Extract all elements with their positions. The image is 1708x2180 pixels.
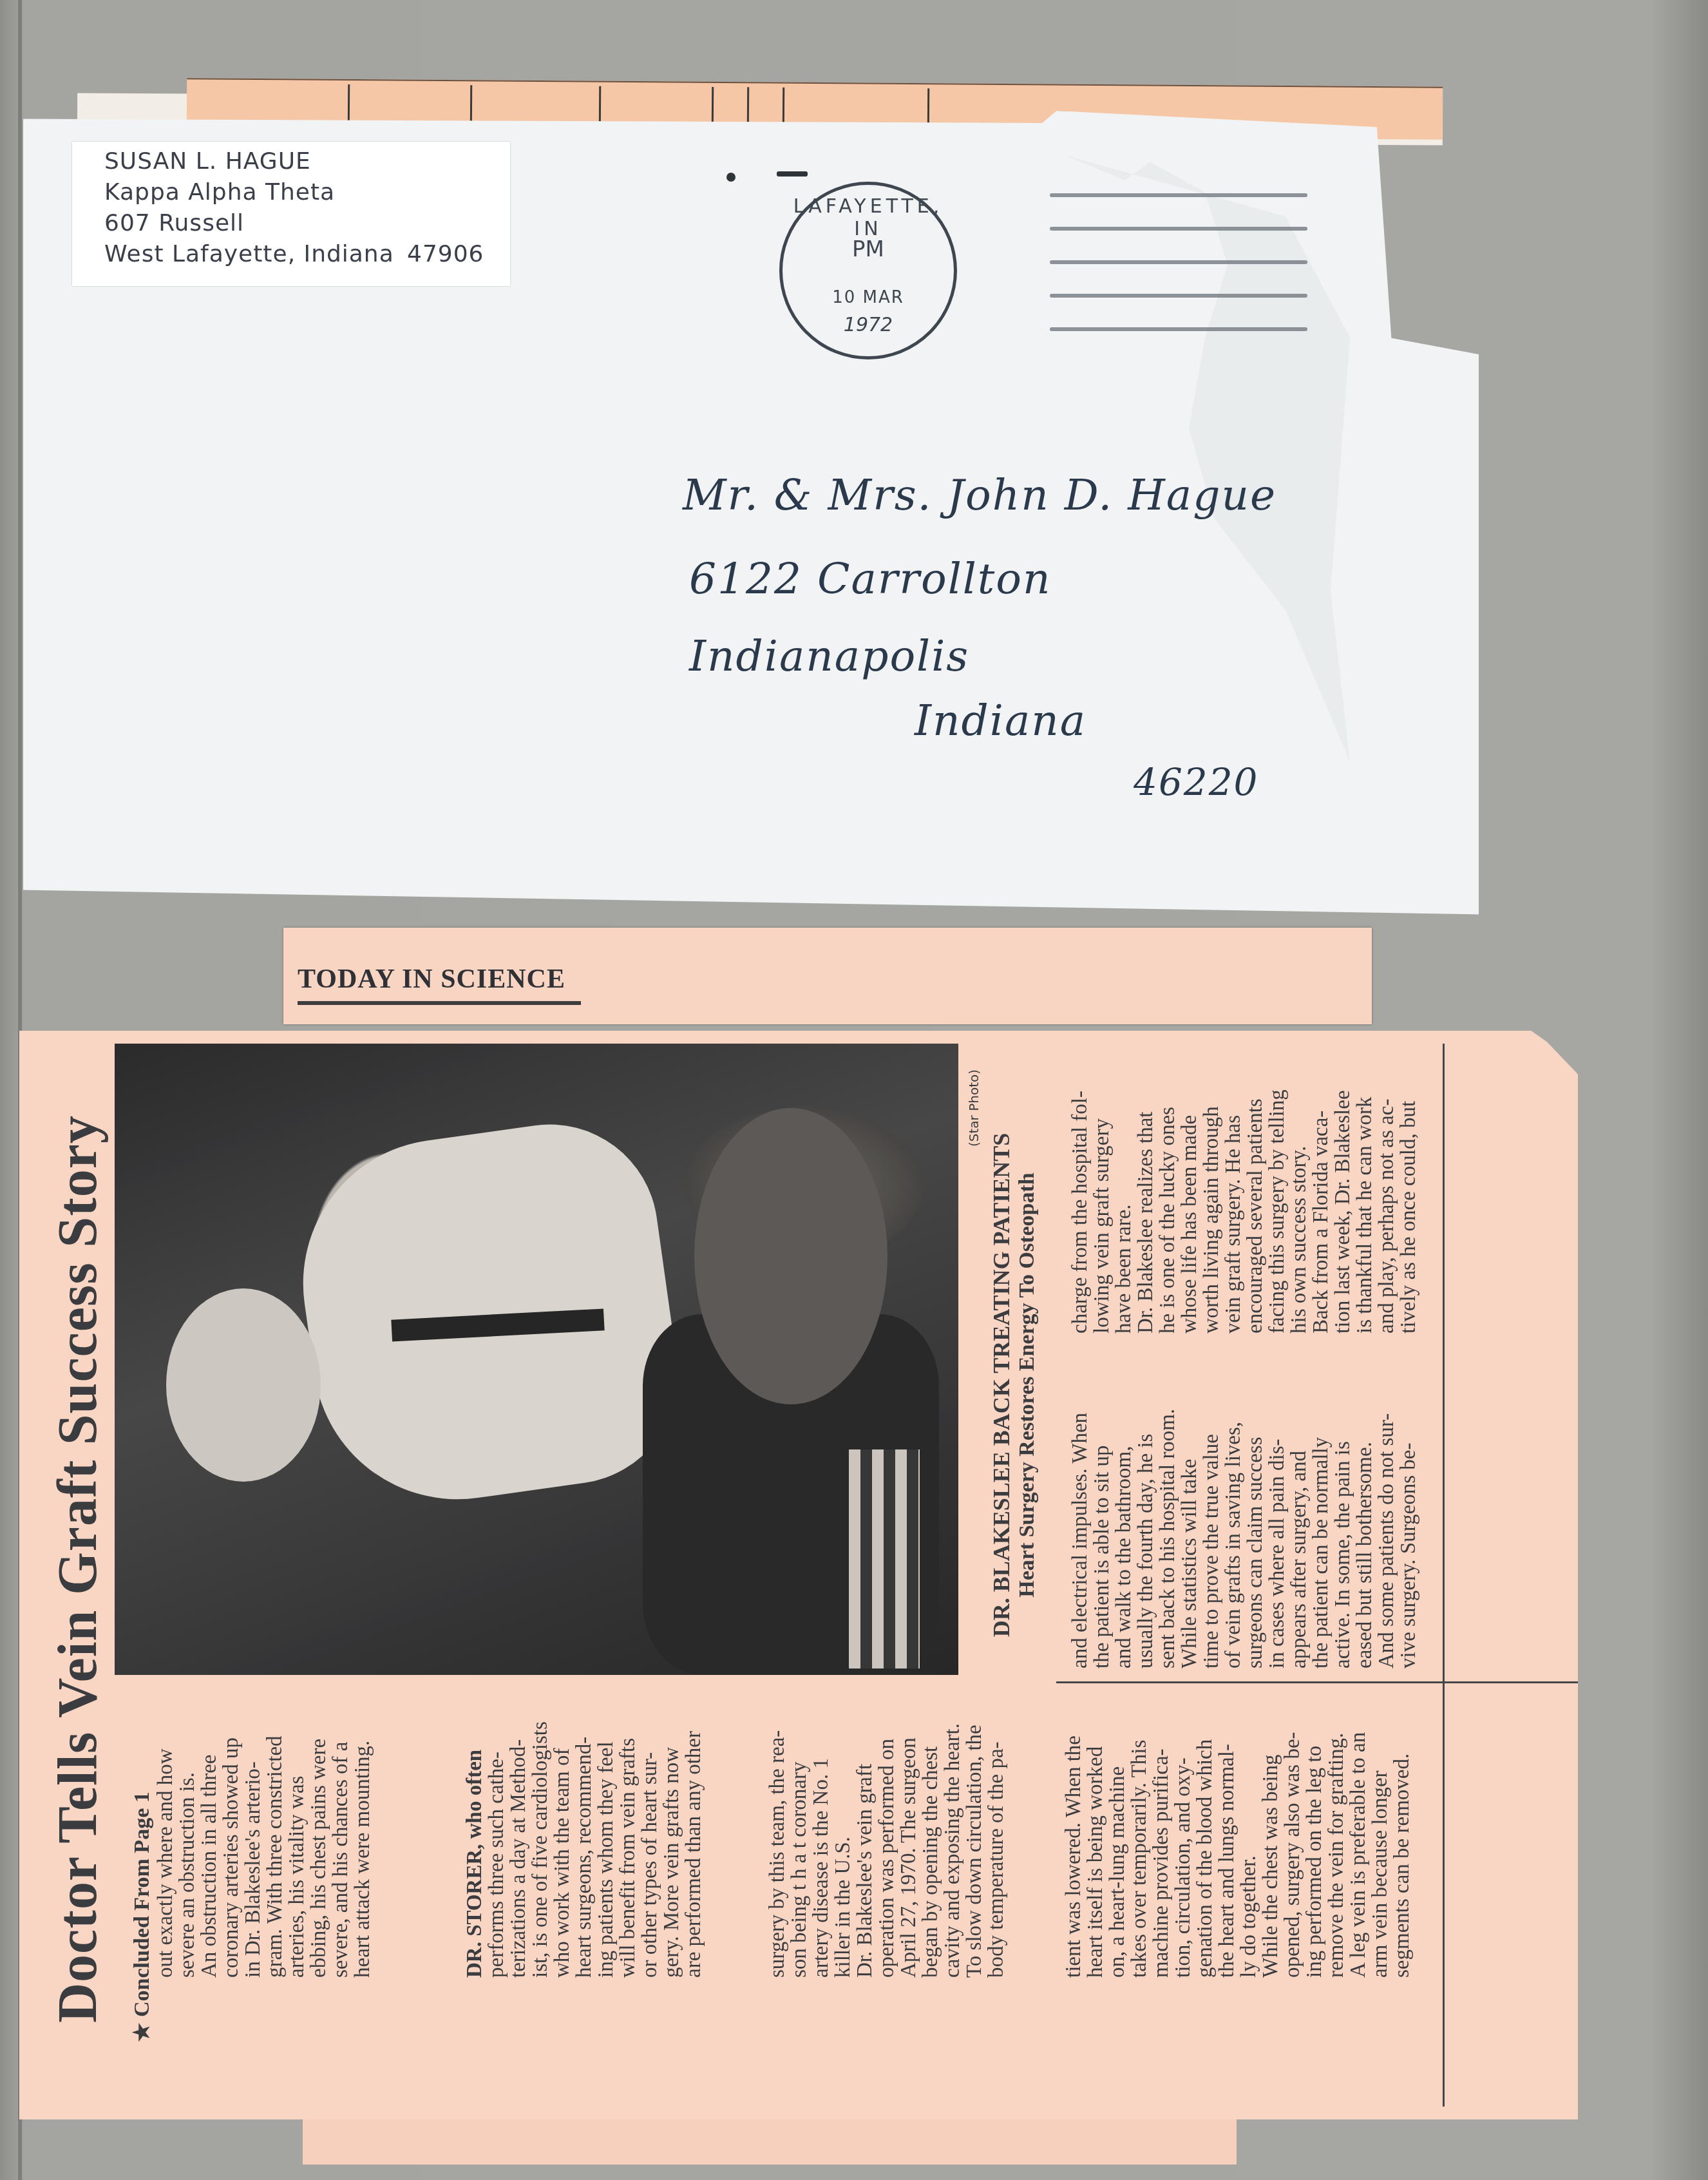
text-line: terizations a day at Method- — [508, 1681, 529, 1978]
article-photo — [115, 1044, 958, 1675]
text-line: surgery by this team, the rea- — [766, 1681, 788, 1978]
text-line: April 27, 1970. The surgeon — [898, 1681, 920, 1978]
sender-name: SUSAN L. HAGUE — [104, 148, 311, 175]
photo-face — [166, 1288, 321, 1482]
text-line: coronary arteries showed up — [220, 1681, 242, 1978]
postmark-stamp: LAFAYETTE, IN PM 10 MAR 1972 — [779, 182, 957, 359]
sender-zip: 47906 — [407, 241, 484, 267]
postmark-year: 1972 — [783, 314, 954, 336]
text-line: the patient is able to sit up — [1091, 1308, 1113, 1668]
text-line: usually the fourth day, he is — [1135, 1308, 1157, 1668]
postmark-city: LAFAYETTE, IN — [783, 195, 954, 240]
newspaper-article: Doctor Tells Vein Graft Success Story (S… — [19, 1031, 1578, 2119]
text-line: ly do together. — [1238, 1617, 1260, 1978]
star-icon: ★ — [130, 2017, 154, 2042]
text-line: ist, is one of five cardiologists — [529, 1681, 551, 1978]
text-line: out exactly where and how — [155, 1681, 176, 1978]
text-line: tient was lowered. When the — [1063, 1617, 1085, 1978]
recipient-state: Indiana — [915, 696, 1086, 745]
text-line: operation was performed on — [876, 1681, 898, 1978]
text-line: in cases where all pain dis- — [1266, 1308, 1288, 1668]
sender-city: West Lafayette, Indiana — [104, 241, 394, 267]
recipient-street: 6122 Carrollton — [689, 554, 1052, 604]
text-line: ebbing, his chest pains were — [308, 1681, 330, 1978]
text-line: remove the vein for grafting. — [1325, 1617, 1347, 1978]
text-line: active. In some, the pain is — [1332, 1308, 1354, 1668]
text-line: severe an obstruction is. — [176, 1681, 198, 1978]
section-title: TODAY IN SCIENCE — [298, 964, 565, 995]
text-line: son being t h a t coronary — [788, 1681, 810, 1978]
article-column-5: and electrical impulses. When the patien… — [1069, 1308, 1419, 1668]
article-column-1: out exactly where and how severe an obst… — [155, 1681, 374, 1978]
text-line: ing patients whom they feel — [595, 1681, 617, 1978]
text-line: are performed than any other — [683, 1681, 705, 1978]
text-line: began by opening the chest — [920, 1681, 942, 1978]
text-line: killer in the U.S. — [832, 1681, 854, 1978]
text-line: heart attack were mounting. — [352, 1681, 374, 1978]
text-line: who work with the team of — [551, 1681, 573, 1978]
text-line: time to prove the true value — [1200, 1308, 1222, 1668]
text-line: To slow down circulation, the — [963, 1681, 985, 1978]
text-line: and electrical impulses. When — [1069, 1308, 1091, 1668]
text-line: eased but still bothersome. — [1354, 1308, 1376, 1668]
column-divider — [1443, 1044, 1445, 2107]
text-line: performs three such cathe- — [486, 1681, 508, 1978]
text-line: segments can be removed. — [1391, 1617, 1413, 1978]
postmark-date: 10 MAR — [783, 288, 954, 307]
text-line: and walk to the bathroom, — [1113, 1308, 1135, 1668]
text-line: or other types of heart sur- — [639, 1681, 661, 1978]
text-line: heart itself is being worked — [1085, 1617, 1106, 1978]
recipient-zip: 46220 — [1134, 760, 1259, 804]
text-line: body temperature of the pa- — [985, 1681, 1007, 1978]
text-line: of vein grafts in saving lives, — [1222, 1308, 1244, 1668]
text-line: vive surgery. Surgeons be- — [1398, 1308, 1419, 1668]
text-line: And some patients do not sur- — [1376, 1308, 1398, 1668]
text-line: genation of the blood which — [1194, 1617, 1216, 1978]
text-line: heart surgeons, recommend- — [573, 1681, 595, 1978]
text-line: will benefit from vein grafts — [617, 1681, 639, 1978]
return-address-label: SUSAN L. HAGUE Kappa Alpha Theta 607 Rus… — [72, 142, 510, 286]
text-line: cavity and exposing the heart. — [942, 1681, 963, 1978]
text-line: An obstruction in all three — [198, 1681, 220, 1978]
text-line: surgeons can claim success — [1244, 1308, 1266, 1668]
cancellation-lines — [1050, 193, 1307, 367]
text-line: sent back to his hospital room. — [1157, 1308, 1179, 1668]
sender-org: Kappa Alpha Theta — [104, 179, 335, 206]
text-line: ing performed on the leg to — [1304, 1617, 1325, 1978]
recipient-city: Indianapolis — [689, 631, 969, 681]
text-line: the heart and lungs normal- — [1216, 1617, 1238, 1978]
continued-note: ★ Concluded From Page 1 — [129, 1792, 155, 2042]
photo-credit: (Star Photo) — [966, 1069, 982, 1147]
text-line: While statistics will take — [1179, 1308, 1200, 1668]
article-column-4: tient was lowered. When the heart itself… — [1063, 1617, 1413, 1978]
text-line: opened, surgery also was be- — [1282, 1617, 1304, 1978]
text-line: the patient can be normally — [1310, 1308, 1332, 1668]
text-line: on, a heart-lung machine — [1106, 1617, 1128, 1978]
text-line: A leg vein is preferable to an — [1347, 1617, 1369, 1978]
text-line: takes over temporarily. This — [1128, 1617, 1150, 1978]
photo-hair — [694, 1108, 887, 1404]
photo-caption: DR. BLAKESLEE BACK TREATING PATIENTS Hea… — [989, 1095, 1040, 1675]
text-line: appears after surgery, and — [1288, 1308, 1310, 1668]
text-line: severe, and his chances of a — [330, 1681, 352, 1978]
ink-dot — [726, 173, 735, 182]
text-line: gram. With three constricted — [264, 1681, 286, 1978]
column-divider — [1056, 1681, 1597, 1683]
article-column-3: surgery by this team, the rea- son being… — [766, 1681, 1007, 1978]
photo-stripes — [849, 1449, 920, 1668]
ink-dash — [777, 171, 808, 177]
sender-street: 607 Russell — [104, 210, 244, 236]
recipient-name: Mr. & Mrs. John D. Hague — [683, 470, 1276, 520]
today-in-science-clipping: TODAY IN SCIENCE — [283, 928, 1372, 1024]
title-underline — [298, 1001, 581, 1005]
text-line: in Dr. Blakeslee's arterio- — [242, 1681, 264, 1978]
text-line: gery. More vein grafts now — [661, 1681, 683, 1978]
text-line: Dr. Blakeslee's vein graft — [854, 1681, 876, 1978]
text-line: DR. STORER, who often — [464, 1681, 486, 1978]
text-line: While the chest was being — [1260, 1617, 1282, 1978]
text-line: artery disease is the No. 1 — [810, 1681, 832, 1978]
postmark-period: PM — [783, 236, 954, 262]
text-line: arteries, his vitality was — [286, 1681, 308, 1978]
caption-title: DR. BLAKESLEE BACK TREATING PATIENTS — [989, 1095, 1014, 1675]
article-headline: Doctor Tells Vein Graft Success Story — [45, 1115, 109, 2023]
caption-subtitle: Heart Surgery Restores Energy To Osteopa… — [1014, 1095, 1040, 1675]
text-line: machine provides purifica- — [1150, 1617, 1172, 1978]
text-line: arm vein because longer — [1369, 1617, 1391, 1978]
text-line: tion, circulation, and oxy- — [1172, 1617, 1194, 1978]
article-column-2: DR. STORER, who often performs three suc… — [464, 1681, 705, 1978]
